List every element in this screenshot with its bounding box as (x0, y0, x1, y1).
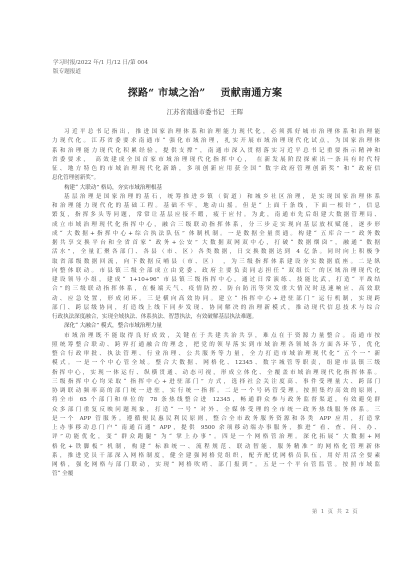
body-text-line: 建设领导小组，建成“ 1+10+96” 市县镇三级指挥中心，通过日常演练、技能比… (52, 276, 380, 285)
body-text-line: 管“ 全覆 (52, 470, 380, 479)
article-title: 探路“ 市域之治” 贡献南通方案 (0, 84, 410, 99)
body-text-line: 格化+铁脚板” 机制，构建“ 标准统一、流程规范、联动智能、服务精准” 的网格化… (52, 443, 380, 452)
body-text-line: 繁复，指挥多头等问题，常常让基层应接不暇，疲于应付。为此，南通市先后组建大数据管… (52, 211, 380, 220)
body-text-line: 系和治理能力现代化积累经验，提供支撑”，南通市深入贯彻落实习近平总书记重要指示精… (52, 147, 380, 156)
document-page: 学习时报/2022 年/1 月/12 日/第 004 版专题报道 探路“ 市域之… (0, 0, 410, 580)
body-text-line: 成“ 大数据+指挥中心+综合执法队伍” 体制机制。一是数据全量贯通。构建“ 五库… (52, 230, 380, 239)
body-text-line: 网格，强化网格与部门联动，实现“ 网格吹哨、部门报到”。五是一个平台管监管。按照… (52, 461, 380, 470)
body-text-line: 众多部门重复反映问题现象，打造“ 一号” 对外、全媒体受理的全市统一政务热线服务… (52, 406, 380, 415)
body-text-line: 指挥中心，实现一体运行、纵横贯通、动态可视，形成立体化、全覆盖市域治理现代化指挥… (52, 369, 380, 378)
body-text-line: 将全市 65 个部门和单位的 78 条热线整合进 12345，畅通群众参与政务监… (52, 396, 380, 405)
body-text-line: 息化管理创新奖”。 (52, 174, 380, 183)
body-text-line: 市域治理既不能取得良好成效，关键在于共建共治共享，难点在于资源力量整合。南通市按 (52, 332, 380, 341)
body-text-line: 是一个 APP 管服务。遵循便民惠民利民原则，整合全市政务服务资源和各类 APP… (52, 415, 380, 424)
section-heading: 深化“ 大融合” 模式，整合市域治理力量 (52, 322, 380, 331)
source-meta: 学习时报/2022 年/1 月/12 日/第 004 版专题报道 (53, 59, 148, 77)
body-text-line: 习近平总书记指出，推进国家治理体系和治理能力现代化，必须抓好城市治理体系和治理能 (52, 128, 380, 137)
section-heading: 构建“ 大联动” 格局，夯实市域治理根基 (52, 184, 380, 193)
body-text-line: 向整体联动。市县镇三级全部成立由党委、政府主要负责同志担任“ 双组长” 的区域治… (52, 267, 380, 276)
article-body: 习近平总书记指出，推进国家治理体系和治理能力现代化，必须抓好城市治理体系和治理能… (52, 128, 380, 480)
body-text-line: 活水”，全量汇聚各部门、各县（市、区）各类数据，日交换数据达到 4 亿条。同时向… (52, 248, 380, 257)
body-text-line: 系，推进党员干部深入网格制度，健全建强网格党组织，配齐配优网格员队伍，用好用活全… (52, 452, 380, 461)
source-meta-line1: 学习时报/2022 年/1 月/12 日/第 004 (53, 59, 148, 68)
body-text-line: 整合行政审批、执法管理、行业治理、公共服务等力量，全力打造市域治理现代化“ 五个… (52, 350, 380, 359)
body-text-line: 部门、跨层级协同，打造线上线下同步发现、协同解决的治理新模式，推动现代信息技术与… (52, 304, 380, 313)
article-author: 江苏省南通市委书记 王晖 (0, 107, 410, 116)
body-text-line: 合”的三级联动指挥体系，在极端天气、疫情防控、防台防汛等突发重大情况时迅速响应、… (52, 285, 380, 294)
body-text-line: 力现代化。江苏省委要求南通市“ 强化市域治理，扎实开展市域治理现代化试点，为国家… (52, 137, 380, 146)
body-text-line: 省委要求， 高效建成全国首家市域治理现代化指挥中心， 在新发展阶段探索出一条具有… (52, 156, 380, 165)
body-text-line: 征、地方特色的市域治理现代化新路，多项创新应用获全国“ 数字政府管理创新奖” 和… (52, 165, 380, 174)
source-meta-line2: 版专题报道 (53, 68, 148, 77)
body-text-line: 照统筹整合联动、跨界打通融合的理念，把党的领导落实到市域治理各领域各方面各环节，… (52, 341, 380, 350)
body-text-line: 成立市域治理现代化指挥中心，融合三级联动指挥体系，分三步走实现向基层放权赋能，逐… (52, 221, 380, 230)
body-text-line: 动、应急处置，形成闭环。三是横向高效协同。建立“ 指挥中心+进驻部门” 运行机制… (52, 295, 380, 304)
body-text-line: 模式。一是一个中心管全域。整合大数据、网格化、12345、数字城管等职责，组建市… (52, 359, 380, 368)
body-text-line: 取省部级数据回流，向下数据反哺县（市、区） ，为三级指挥体系建设夯实数据底座。二… (52, 258, 380, 267)
page-number: 第 1 页 共 2 页 (312, 508, 358, 515)
body-text-line: 协调联动频率高的部门统一进驻，实行统一指挥。二是一个号码管受理。按照集约高效的原… (52, 387, 380, 396)
body-text-line: 和治理能力现代化的基础工程。基础不牢，地动山摇。但是“ 上面千条线，下面一根针”… (52, 202, 380, 211)
body-text-line: 基层治理是国家治理的基石，统筹推进乡镇（街道）和城乡社区治理，是实现国家治理体系 (52, 193, 380, 202)
body-text-line: 上办事移动总门户“ 南通百通” APP，提供 9500 余项移动端办事服务，推进… (52, 424, 380, 433)
body-text-line: 行政执法深度融合，实现全域执法、体系执法、智慧执法，有效破解基层执法难题。 (52, 313, 380, 322)
body-text-line: 三级指挥中心均采取“ 指挥中心+进驻部门” 方式，选择社会关注度高、事件受理量大… (52, 378, 380, 387)
body-text-line: 评”功能优化，变“ 群众跑腿” 为“ 掌上办事”。四是一个网格管治理。深化拓展“… (52, 433, 380, 442)
body-text-line: 据共享交换平台和全省首家“ 政务+公安” 大数据双网双中心，打破“ 数据烟囱”，… (52, 239, 380, 248)
